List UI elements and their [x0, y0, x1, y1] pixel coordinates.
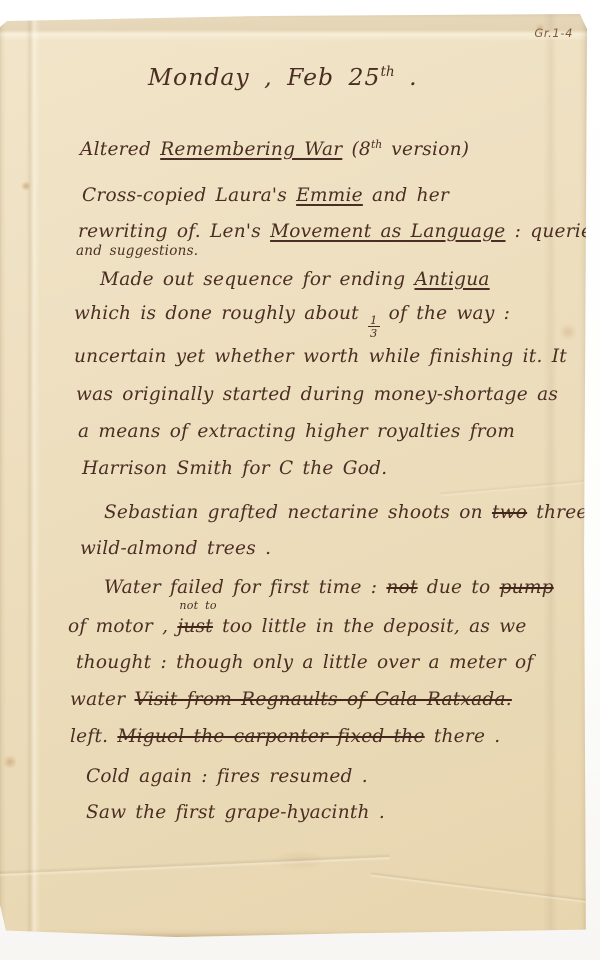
line-altered: Altered Remembering War (8th version): [0, 127, 587, 168]
line-of-motor: of motor , not tojust too little in the …: [0, 609, 587, 645]
inserted-correction: not tojust: [177, 609, 213, 645]
underlined-title: Remembering War: [160, 139, 342, 160]
manuscript-page: Gr.1-4 Monday , Feb 25th .Altered Rememb…: [0, 14, 587, 937]
text-segment: there .: [425, 726, 501, 747]
text-segment: Water failed for first time :: [104, 577, 386, 598]
text-segment: and her: [363, 185, 449, 206]
text-segment: too little in the deposit, as we: [213, 616, 527, 637]
line-means: a means of extracting higher royalties f…: [0, 414, 587, 450]
struck-text: two: [492, 502, 527, 523]
struck-text: just: [177, 616, 213, 637]
line-originally: was originally started during money-shor…: [0, 377, 587, 413]
line-thought: thought : though only a little over a me…: [0, 645, 587, 681]
text-segment: Altered: [80, 139, 160, 160]
line-cross-copied: Cross-copied Laura's Emmie and her: [0, 178, 587, 214]
underlined-title: Antigua: [414, 269, 489, 290]
text-segment: th: [380, 64, 394, 80]
line-wild-almond: wild-almond trees .: [0, 531, 587, 567]
text-segment: was originally started during money-shor…: [76, 384, 558, 405]
interlinear-insertion: not to: [179, 600, 216, 611]
scanned-document-background: { "annotation": "Gr.1-4", "colors": { "i…: [0, 0, 600, 960]
text-segment: which is done roughly about: [74, 303, 368, 324]
text-segment: th: [371, 138, 382, 151]
text-segment: thought : though only a little over a me…: [76, 652, 534, 673]
line-cold-again: Cold again : fires resumed .: [0, 759, 587, 795]
text-segment: a means of extracting higher royalties f…: [78, 421, 515, 442]
text-segment: Cross-copied Laura's: [82, 185, 296, 206]
struck-text: Visit from Regnaults of Cala Ratxada.: [134, 689, 511, 710]
text-segment: Made out sequence for ending: [100, 269, 414, 290]
text-segment: of motor ,: [68, 616, 177, 637]
text-segment: and suggestions.: [76, 243, 198, 259]
line-which-is-done: which is done roughly about 13 of the wa…: [0, 296, 587, 339]
text-segment: .: [395, 63, 418, 91]
line-water-failed: Water failed for first time : not due to…: [0, 570, 587, 606]
text-segment: Harrison Smith for C the God.: [82, 458, 387, 479]
struck-text: Miguel the carpenter fixed the: [117, 726, 424, 747]
text-segment: : queries: [506, 221, 600, 242]
text-segment: version): [382, 139, 469, 160]
text-segment: due to: [418, 577, 500, 598]
text-segment: (8: [342, 139, 371, 160]
handwritten-diary-entry: Monday , Feb 25th .Altered Remembering W…: [0, 14, 587, 937]
text-segment: three: [527, 502, 587, 523]
text-segment: water: [70, 689, 134, 710]
line-harrison: Harrison Smith for C the God.: [0, 451, 587, 487]
line-made-out: Made out sequence for ending Antigua: [0, 262, 587, 298]
text-segment: Monday , Feb 25: [148, 63, 380, 91]
line-water-visit: water Visit from Regnaults of Cala Ratxa…: [0, 682, 587, 718]
struck-text: pump: [500, 577, 554, 598]
text-segment: wild-almond trees .: [80, 538, 271, 559]
line-left: left. Miguel the carpenter fixed the the…: [0, 719, 587, 755]
date-heading: Monday , Feb 25th .: [0, 52, 587, 97]
text-segment: Saw the first grape-hyacinth .: [86, 802, 385, 823]
text-segment: uncertain yet whether worth while finish…: [74, 346, 567, 367]
line-uncertain: uncertain yet whether worth while finish…: [0, 339, 587, 375]
text-segment: left.: [70, 726, 117, 747]
struck-text: not: [386, 577, 417, 598]
text-segment: Cold again : fires resumed .: [86, 766, 368, 787]
fraction-one-third: 13: [368, 314, 380, 339]
text-segment: of the way :: [380, 303, 511, 324]
line-grape-hyacinth: Saw the first grape-hyacinth .: [0, 795, 587, 831]
text-segment: Sebastian grafted nectarine shoots on: [104, 502, 492, 523]
underlined-title: Emmie: [296, 185, 363, 206]
underlined-title: Movement as Language: [270, 221, 505, 242]
line-sebastian: Sebastian grafted nectarine shoots on tw…: [0, 495, 587, 531]
